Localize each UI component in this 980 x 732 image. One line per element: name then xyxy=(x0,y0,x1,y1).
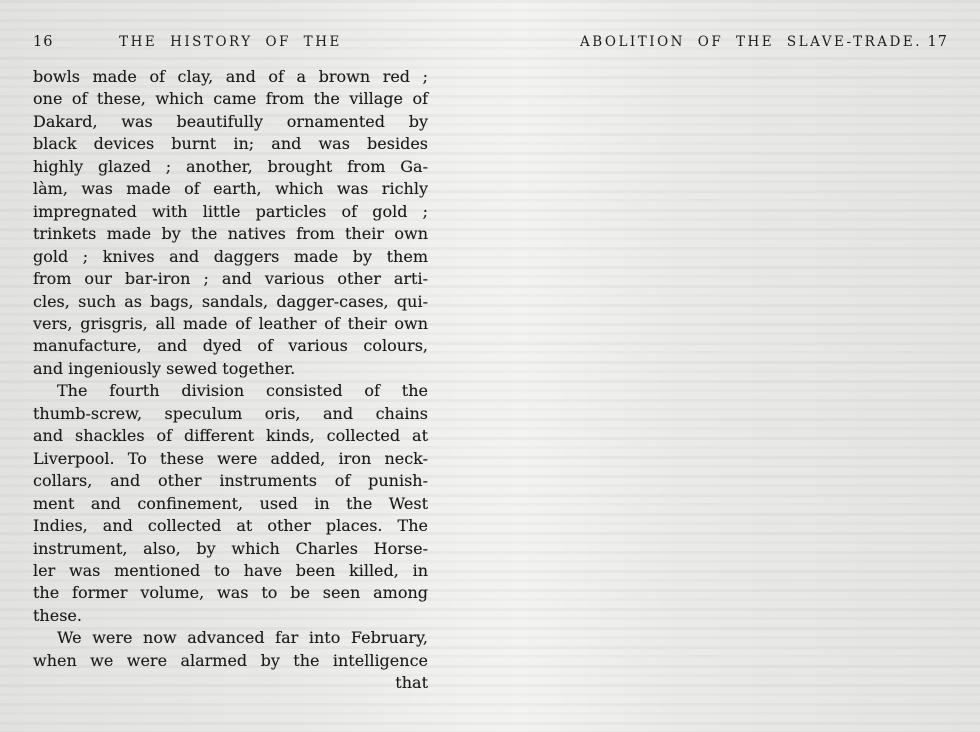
text-line: Indies, and collected at other places. T… xyxy=(33,515,428,537)
text-line: Dakard, was beautifully ornamented by xyxy=(33,111,428,133)
text-line: impregnated with little particles of gol… xyxy=(33,201,428,223)
text-line: collars, and other instruments of punish… xyxy=(33,470,428,492)
page-left: 16 THE HISTORY OF THE bowls made of clay… xyxy=(0,0,490,732)
text-line: ment and confinement, used in the West xyxy=(33,493,428,515)
text-line: bowls made of clay, and of a brown red ; xyxy=(33,66,428,88)
text-line: cles, such as bags, sandals, dagger-case… xyxy=(33,291,428,313)
text-line: We were now advanced far into February, xyxy=(33,627,428,649)
text-line: manufacture, and dyed of various colours… xyxy=(33,335,428,357)
text-line: thumb-screw, speculum oris, and chains xyxy=(33,403,428,425)
page-right-header: ABOLITION OF THE SLAVE-TRADE. 17 xyxy=(490,34,980,54)
text-line: when we were alarmed by the intelligence xyxy=(33,650,428,672)
catchword-left: that xyxy=(33,672,428,694)
text-line: instrument, also, by which Charles Horse… xyxy=(33,538,428,560)
text-line: vers, grisgris, all made of leather of t… xyxy=(33,313,428,335)
text-line: gold ; knives and daggers made by them xyxy=(33,246,428,268)
text-line: and ingeniously sewed together. xyxy=(33,358,428,380)
text-line: from our bar-iron ; and various other ar… xyxy=(33,268,428,290)
text-line: làm, was made of earth, which was richly xyxy=(33,178,428,200)
right-running-title: ABOLITION OF THE SLAVE-TRADE. xyxy=(552,34,950,50)
left-page-number: 16 xyxy=(33,34,53,50)
text-line: highly glazed ; another, brought from Ga… xyxy=(33,156,428,178)
text-line: black devices burnt in; and was besides xyxy=(33,133,428,155)
text-line: Liverpool. To these were added, iron nec… xyxy=(33,448,428,470)
left-text-block: bowls made of clay, and of a brown red ;… xyxy=(33,66,428,695)
book-spread: 16 THE HISTORY OF THE bowls made of clay… xyxy=(0,0,980,732)
text-line: and shackles of different kinds, collect… xyxy=(33,425,428,447)
text-line: these. xyxy=(33,605,428,627)
text-line: ler was mentioned to have been killed, i… xyxy=(33,560,428,582)
right-page-number: 17 xyxy=(928,34,948,50)
text-line: one of these, which came from the villag… xyxy=(33,88,428,110)
page-left-header: 16 THE HISTORY OF THE xyxy=(0,34,490,54)
text-line: The fourth division consisted of the xyxy=(33,380,428,402)
text-line: trinkets made by the natives from their … xyxy=(33,223,428,245)
page-right: ABOLITION OF THE SLAVE-TRADE. 17 that th… xyxy=(490,0,980,732)
left-running-title: THE HISTORY OF THE xyxy=(33,34,428,50)
text-line: the former volume, was to be seen among xyxy=(33,582,428,604)
